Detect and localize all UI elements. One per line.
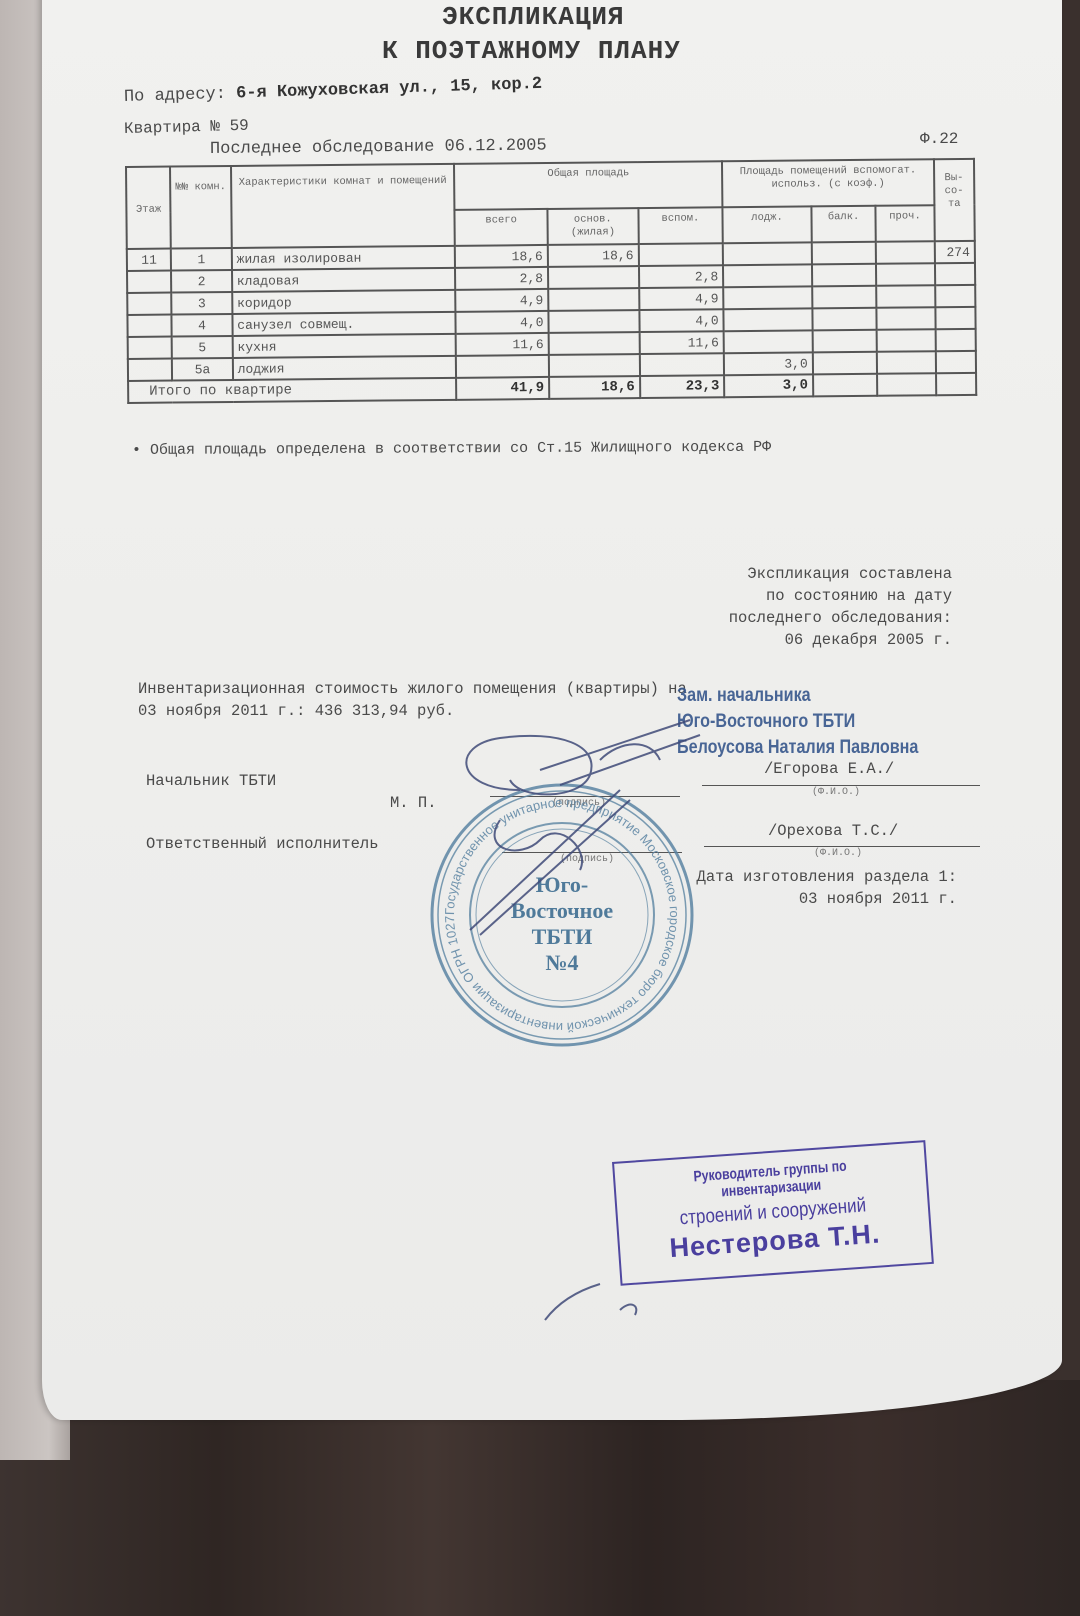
- cell-loggia: [724, 330, 813, 353]
- header-loggia: лодж.: [723, 206, 812, 243]
- document-page: ЭКСПЛИКАЦИЯ К ПОЭТАЖНОМУ ПЛАНУ По адресу…: [42, 0, 1062, 1420]
- cell-balcony: [812, 286, 877, 309]
- cell-balcony: [813, 352, 878, 375]
- apartment: Квартира № 59: [124, 117, 249, 138]
- cell-main: [548, 310, 639, 333]
- cell-floor: [128, 337, 173, 359]
- cell-main: [548, 266, 639, 289]
- cell-height: [935, 351, 976, 373]
- chief-label: Начальник ТБТИ: [146, 772, 276, 790]
- area-note: • Общая площадь определена в соответстви…: [132, 439, 771, 459]
- header-floor: Этаж: [126, 167, 171, 249]
- cell-main: 18,6: [548, 244, 639, 267]
- stamp-line: Белоусова Наталия Павловна: [677, 735, 918, 761]
- cell-room: 3: [172, 292, 233, 315]
- cell-total: 18,6: [455, 245, 548, 268]
- cell-height: [935, 285, 976, 307]
- cell-loggia: [724, 308, 813, 331]
- total-label: Итого по квартире: [128, 378, 457, 403]
- cell-room: 2: [171, 270, 232, 293]
- seal-line: Юго-: [427, 872, 697, 898]
- responsible-label: Ответственный исполнитель: [146, 835, 379, 853]
- cell-other: [876, 285, 935, 308]
- cell-balcony: [812, 308, 877, 331]
- apartment-label: Квартира №: [124, 117, 220, 138]
- cell-name: коридор: [232, 290, 456, 314]
- cell-total: 11,6: [456, 333, 549, 356]
- header-aux: вспом.: [638, 207, 723, 244]
- address-value: 6-я Кожуховская ул., 15, кор.2: [236, 75, 543, 104]
- header-aux-area: Площадь помещений вспомогат. использ. (с…: [722, 159, 934, 207]
- group-leader-stamp: Руководитель группы по инвентаризации ст…: [612, 1140, 934, 1286]
- cell-other: [877, 307, 936, 330]
- cell-height: [935, 329, 976, 351]
- cell-total: 4,9: [456, 289, 549, 312]
- responsible-name-line: [704, 846, 980, 847]
- cell-other: [876, 263, 935, 286]
- total-height: [936, 373, 977, 395]
- cell-aux: [638, 243, 723, 266]
- address: По адресу: 6-я Кожуховская ул., 15, кор.…: [124, 75, 543, 107]
- cell-loggia: [723, 286, 812, 309]
- cell-aux: 11,6: [639, 331, 724, 354]
- cell-main: [548, 288, 639, 311]
- cell-name: санузел совмещ.: [232, 312, 456, 336]
- cell-name: жилая изолирован: [232, 246, 456, 270]
- cell-balcony: [812, 330, 877, 353]
- responsible-fio-caption: (Ф.И.О.): [814, 848, 862, 859]
- inventory-cost: Инвентаризационная стоимость жилого поме…: [138, 678, 687, 722]
- inventory-cost-line-2: 03 ноября 2011 г.: 436 313,94 руб.: [138, 700, 687, 722]
- header-room-no: №№ комн.: [170, 166, 231, 249]
- cell-floor: 11: [127, 249, 172, 271]
- explication-table: Этаж №№ комн. Характеристики комнат и по…: [125, 158, 977, 404]
- cell-floor: [127, 271, 172, 293]
- cell-loggia: 3,0: [724, 352, 813, 375]
- round-seal-center: Юго- Восточное ТБТИ №4: [427, 872, 697, 976]
- header-total: всего: [455, 209, 548, 246]
- chief-fio-caption: (Ф.И.О.): [812, 787, 860, 798]
- chief-name: /Егорова Е.А./: [764, 760, 894, 778]
- cell-aux: 2,8: [639, 265, 724, 288]
- cell-total: [456, 355, 549, 378]
- compiled-statement: Экспликация составлена по состоянию на д…: [682, 563, 952, 651]
- total-aux: 23,3: [640, 375, 725, 398]
- cell-total: 4,0: [456, 311, 549, 334]
- seal-line: ТБТИ: [427, 924, 697, 950]
- cell-name: кухня: [232, 334, 456, 358]
- form-code: Ф.22: [920, 130, 958, 148]
- round-seal: Государственное унитарное предприятие Мо…: [427, 780, 697, 1050]
- cell-aux: [639, 353, 724, 376]
- apartment-number: 59: [229, 117, 249, 135]
- cell-height: 274: [934, 241, 975, 263]
- total-total: 41,9: [456, 377, 549, 400]
- cell-other: [877, 329, 936, 352]
- cell-room: 5: [172, 336, 233, 359]
- cell-aux: 4,0: [639, 309, 724, 332]
- cell-loggia: [723, 242, 812, 265]
- cell-floor: [127, 293, 172, 315]
- cell-floor: [128, 359, 173, 381]
- cell-other: [876, 241, 935, 264]
- title-line-1: ЭКСПЛИКАЦИЯ: [442, 2, 625, 32]
- total-other: [877, 373, 936, 396]
- cell-main: [549, 354, 640, 377]
- total-main: 18,6: [549, 376, 640, 399]
- cell-other: [877, 351, 936, 374]
- cell-balcony: [812, 242, 877, 265]
- title-line-2: К ПОЭТАЖНОМУ ПЛАНУ: [382, 36, 681, 66]
- stamp-line: Зам. начальника: [677, 683, 918, 709]
- cell-room: 5а: [172, 358, 233, 381]
- header-total-area: Общая площадь: [454, 161, 722, 210]
- cell-main: [549, 332, 640, 355]
- responsible-name: /Орехова Т.С./: [768, 822, 898, 840]
- cell-total: 2,8: [455, 267, 548, 290]
- cell-room: 4: [172, 314, 233, 337]
- cell-balcony: [812, 264, 877, 287]
- compiled-line: 06 декабря 2005 г.: [682, 629, 952, 651]
- compiled-line: Экспликация составлена: [682, 563, 952, 585]
- last-survey: Последнее обследование 06.12.2005: [210, 136, 547, 159]
- compiled-line: по состоянию на дату: [682, 585, 952, 607]
- total-loggia: 3,0: [724, 374, 813, 397]
- cell-height: [935, 263, 976, 285]
- stamp-line: Юго-Восточного ТБТИ: [677, 709, 918, 735]
- cell-height: [935, 307, 976, 329]
- seal-line: Восточное: [427, 898, 697, 924]
- header-balcony: балк.: [811, 206, 876, 243]
- inventory-cost-line-1: Инвентаризационная стоимость жилого поме…: [138, 678, 687, 700]
- seal-line: №4: [427, 950, 697, 976]
- cell-loggia: [723, 264, 812, 287]
- header-characteristics: Характеристики комнат и помещений: [231, 164, 455, 248]
- cell-name: лоджия: [233, 356, 457, 380]
- cell-aux: 4,9: [639, 287, 724, 310]
- chief-name-line: [702, 785, 980, 786]
- header-other: проч.: [876, 205, 935, 242]
- header-main: основ. (жилая): [547, 208, 638, 245]
- total-balcony: [813, 374, 878, 397]
- cell-floor: [127, 315, 172, 337]
- compiled-line: последнего обследования:: [682, 607, 952, 629]
- cell-room: 1: [171, 248, 232, 271]
- header-height: Вы-со-та: [934, 159, 975, 241]
- address-label: По адресу:: [124, 85, 227, 107]
- deputy-chief-stamp: Зам. начальника Юго-Восточного ТБТИ Бело…: [677, 683, 918, 761]
- cell-name: кладовая: [232, 268, 456, 292]
